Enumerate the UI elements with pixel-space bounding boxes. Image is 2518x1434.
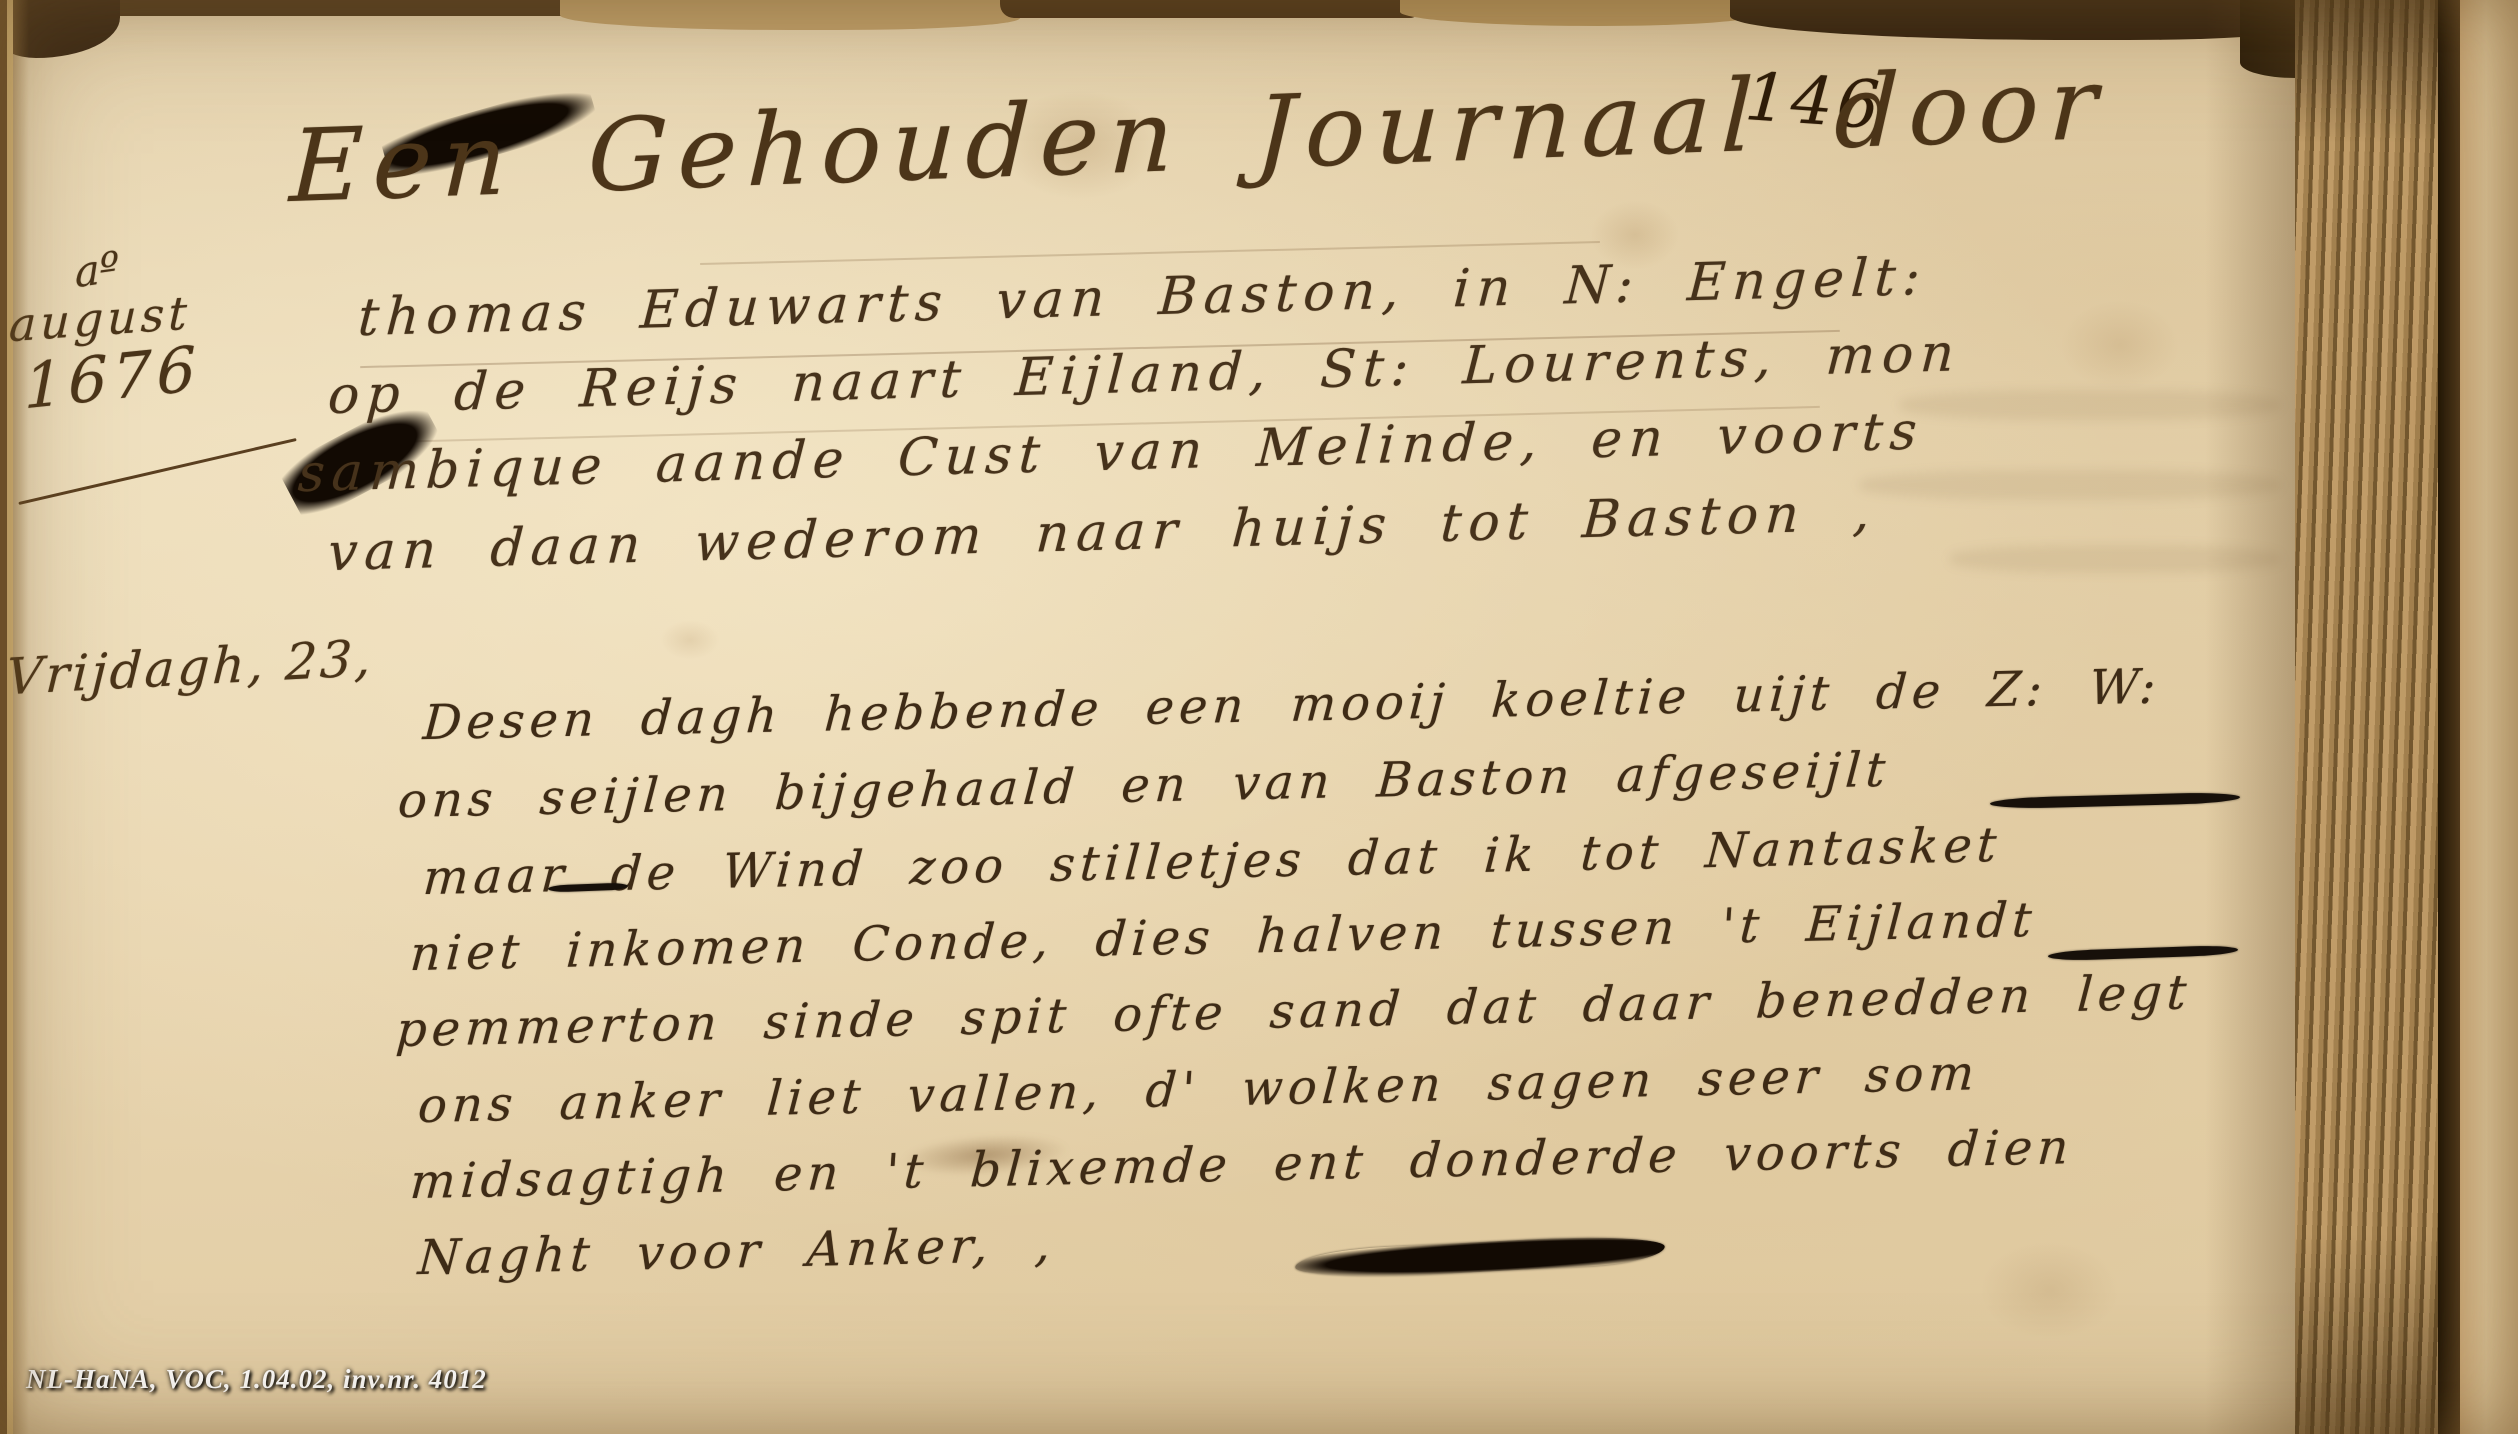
paper-stain	[660, 620, 720, 660]
flourish-dash	[1990, 792, 2240, 810]
body-line-8: Naght voor Anker, ,	[416, 1217, 1057, 1286]
page-left-edge	[0, 0, 7, 1434]
body-line-4: niet inkomen Conde, dies halven tussen '…	[408, 892, 2038, 982]
archive-reference: NL-HaNA, VOC, 1.04.02, inv.nr. 4012	[26, 1364, 487, 1395]
body-line-3: maar de Wind zoo stilletjes dat ik tot N…	[421, 817, 2003, 906]
margin-day-entry: Vrijdagh, 23,	[5, 629, 375, 706]
ink-bleedthrough	[1900, 390, 2280, 420]
page-curve-shadow	[2205, 0, 2305, 1434]
book-fore-edge	[2295, 0, 2445, 1434]
paper-stain	[1980, 1240, 2120, 1340]
torn-edge	[1000, 0, 1420, 18]
ink-bleedthrough	[1950, 545, 2280, 573]
margin-anno-mark: aº	[74, 242, 120, 297]
flourish-closing-stroke	[1294, 1232, 1665, 1281]
body-line-7: midsagtigh en 't blixemde ent donderde v…	[408, 1119, 2075, 1210]
manuscript-scan: 146 Een Gehouden Journaal door thomas Ed…	[0, 0, 2518, 1434]
title-line-5: van daan wederom naar huijs tot Baston ,	[326, 482, 1878, 583]
margin-flourish-line	[18, 438, 296, 505]
body-line-1: Desen dagh hebbende een mooij koeltie ui…	[421, 659, 2162, 751]
title-line-1: Een Gehouden Journaal door	[288, 45, 2109, 226]
underlying-page-edge	[2460, 0, 2518, 1434]
body-line-5: pemmerton sinde spit ofte sand dat daar …	[394, 964, 2193, 1058]
page-left-edge-shadow	[13, 0, 29, 1434]
ink-bleedthrough	[1860, 470, 2280, 500]
torn-edge	[1400, 0, 1760, 26]
paper-stain	[2060, 300, 2180, 390]
body-line-6: ons anker liet vallen, d' wolken sagen s…	[416, 1045, 1981, 1134]
torn-edge	[560, 0, 1020, 30]
body-line-2: ons seijlen bijgehaald en van Baston afg…	[396, 742, 1892, 829]
